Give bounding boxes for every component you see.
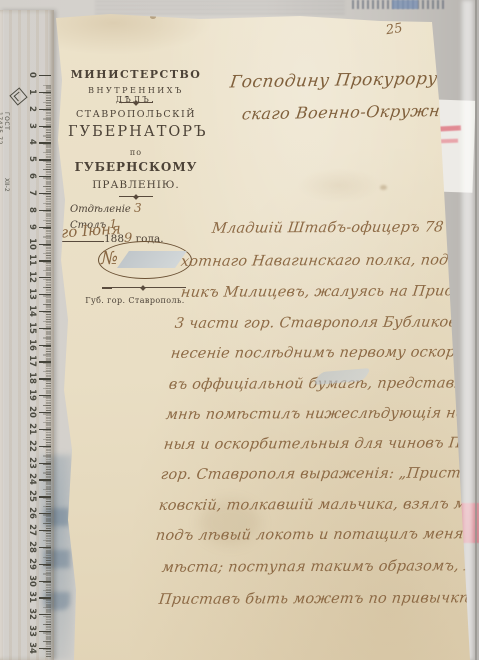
ruler-cm-tick [39, 210, 51, 211]
ruler-cm-number: 29 [27, 558, 37, 570]
body-line: никъ Милицевъ, жалуясь на Пристава [180, 283, 479, 301]
ruler-cm-number: 28 [27, 541, 37, 553]
ruler-cm-tick [39, 311, 51, 312]
divider-ornament [119, 196, 153, 197]
ruler-cm-tick [39, 378, 51, 379]
ruler-cm-number: 34 [27, 642, 37, 654]
ruler-cm-tick [39, 159, 51, 160]
body-line: ковскій, толкавшій мальчика, взялъ меня [158, 496, 479, 514]
department-row: Отдѣленіе 3 [70, 201, 142, 215]
ruler-cm-number: 27 [27, 524, 37, 536]
ruler-cm-tick [39, 564, 51, 565]
ruler-cm-tick [39, 496, 51, 497]
ruler-cm-tick [39, 126, 51, 127]
body-line: Младшій Штабъ-офицеръ 78 пѣ- [211, 219, 477, 236]
ruler-cm-tick [39, 648, 51, 649]
ruler-cm-number: 13 [27, 288, 37, 300]
ruler-gost-label: ГОСТ 17435-72 [0, 112, 10, 156]
ruler-cm-number: 33 [27, 625, 37, 637]
office-line: ГУБЕРНСКОМУ [68, 160, 204, 174]
divider-ornament [119, 102, 153, 103]
ruler-cm-tick [39, 581, 51, 582]
office-line: ГУБЕРНАТОРЪ [68, 124, 204, 140]
ruler-cm-tick [39, 176, 51, 177]
ruler-brand-label: Можга [0, 36, 2, 88]
ruler-cm-tick [39, 597, 51, 598]
ruler-cm-tick [39, 547, 51, 548]
ruler-cm-number: 17 [27, 355, 37, 367]
ruler-cm-number: 24 [27, 473, 37, 485]
paper-stain [150, 15, 156, 19]
body-line: подъ лѣвый локоть и потащилъ меня съ [155, 526, 479, 544]
body-line: Приставъ быть можетъ по привычкѣ всѣ [158, 590, 479, 608]
ruler-cm-tick [39, 277, 51, 278]
ruler-halfcm-ticks [43, 85, 51, 658]
blurred-document-behind [95, 0, 345, 14]
body-line: мѣста; поступая такимъ образомъ, Г. [161, 558, 479, 576]
ruler-cm-number: 23 [27, 457, 37, 469]
ruler-cm-number: 1 [27, 86, 37, 98]
ruler-batch-label: XII-2 [3, 178, 10, 192]
number-sign: № [101, 248, 118, 269]
ruler-cm-number: 26 [27, 507, 37, 519]
ruler-cm-tick [39, 227, 51, 228]
ruler-cm-number: 15 [27, 322, 37, 334]
arrow-divider-ornament [102, 287, 186, 288]
ruler-cm-tick [39, 75, 51, 76]
body-line: ныя и оскорбительныя для чиновъ Полиціи [163, 435, 479, 453]
body-line: несеніе послѣднимъ первому оскорбленія, [170, 344, 479, 362]
paper-stain [380, 185, 387, 190]
ruler-cm-tick [39, 463, 51, 464]
ruler-cm-tick [39, 530, 51, 531]
ruler-cm-number: 20 [27, 406, 37, 418]
number-oval: № [98, 241, 192, 279]
ruler-cm-tick [39, 109, 51, 110]
ruler-cm-number: 31 [27, 591, 37, 603]
ruler-cm-number: 22 [27, 440, 37, 452]
number-erasure-blob [117, 251, 187, 268]
ruler-cm-number: 19 [27, 389, 37, 401]
ruler-cm-tick [39, 614, 51, 615]
addressee-line: Господину Прокурору Кавказ- [229, 67, 479, 92]
ruler-cm-number: 4 [27, 136, 37, 148]
ruler-cm-number: 0 [27, 69, 37, 81]
ruler-cm-number: 2 [27, 103, 37, 115]
ruler-cm-number: 25 [27, 490, 37, 502]
page-number: 25 [385, 21, 404, 38]
ruler-cm-tick [39, 294, 51, 295]
department-label: Отдѣленіе [70, 204, 131, 215]
ruler-cm-tick [39, 328, 51, 329]
ruler-cm-tick [39, 631, 51, 632]
ruler-cm-tick [39, 92, 51, 93]
ruler-cm-number: 12 [27, 271, 37, 283]
ruler-cm-tick [39, 412, 51, 413]
ruler-cm-tick [39, 142, 51, 143]
ruler-cm-number: 14 [27, 305, 37, 317]
ruler-cm-tick [39, 429, 51, 430]
blue-label-chip [392, 0, 418, 9]
ruler-cm-number: 18 [27, 372, 37, 384]
ruler-cm-tick [39, 260, 51, 261]
ruler-cm-number: 30 [27, 575, 37, 587]
body-line: хотнаго Навагинскаго полка, подполков- [180, 252, 479, 270]
body-line: гор. Ставрополя выраженія: „Приставъ Буб… [160, 465, 479, 483]
ruler-cm-number: 10 [27, 238, 37, 250]
ruler-cm-number: 21 [27, 423, 37, 435]
ruler-cm-tick [39, 513, 51, 514]
body-line: 3 части гор. Ставрополя Бубликовскаго за [174, 314, 479, 332]
sleeve-edge [475, 0, 477, 660]
ruler-cm-tick [39, 479, 51, 480]
ruler-cm-number: 11 [27, 254, 37, 266]
office-line: по [68, 148, 204, 157]
ruler-cm-number: 16 [27, 339, 37, 351]
ruler-cm-tick [39, 193, 51, 194]
ruler-cm-number: 9 [27, 221, 37, 233]
ministry-line: МИНИСТЕРСТВО [68, 68, 204, 81]
office-line: ПРАВЛЕНІЮ. [68, 179, 204, 191]
ruler-cm-tick [39, 361, 51, 362]
ruler-cm-number: 8 [27, 204, 37, 216]
office-line: СТАВРОПОЛЬСКІЙ [68, 109, 204, 120]
ruler-cm-number: 3 [27, 120, 37, 132]
ruler-cm-tick [39, 395, 51, 396]
ruler-cm-number: 7 [27, 187, 37, 199]
ruler-cm-tick [39, 345, 51, 346]
document-paper: 25 МИНИСТЕРСТВО ВНУТРЕННИХЪ ДѢЛЪ. СТАВРО… [50, 10, 475, 660]
ruler-cm-number: 5 [27, 153, 37, 165]
archival-photo: Можга ГОСТ 17435-72 XII-2 www.raustar-ud… [0, 0, 479, 660]
ruler-cm-number: 6 [27, 170, 37, 182]
department-value: 3 [134, 201, 142, 215]
body-line: мнѣ помѣстилъ нижеслѣдующія неумѣст- [165, 405, 479, 423]
ruler-cm-number: 32 [27, 608, 37, 620]
ruler: Можга ГОСТ 17435-72 XII-2 www.raustar-ud… [0, 10, 54, 660]
ruler-cm-tick [39, 446, 51, 447]
ruler-cm-tick [39, 244, 51, 245]
